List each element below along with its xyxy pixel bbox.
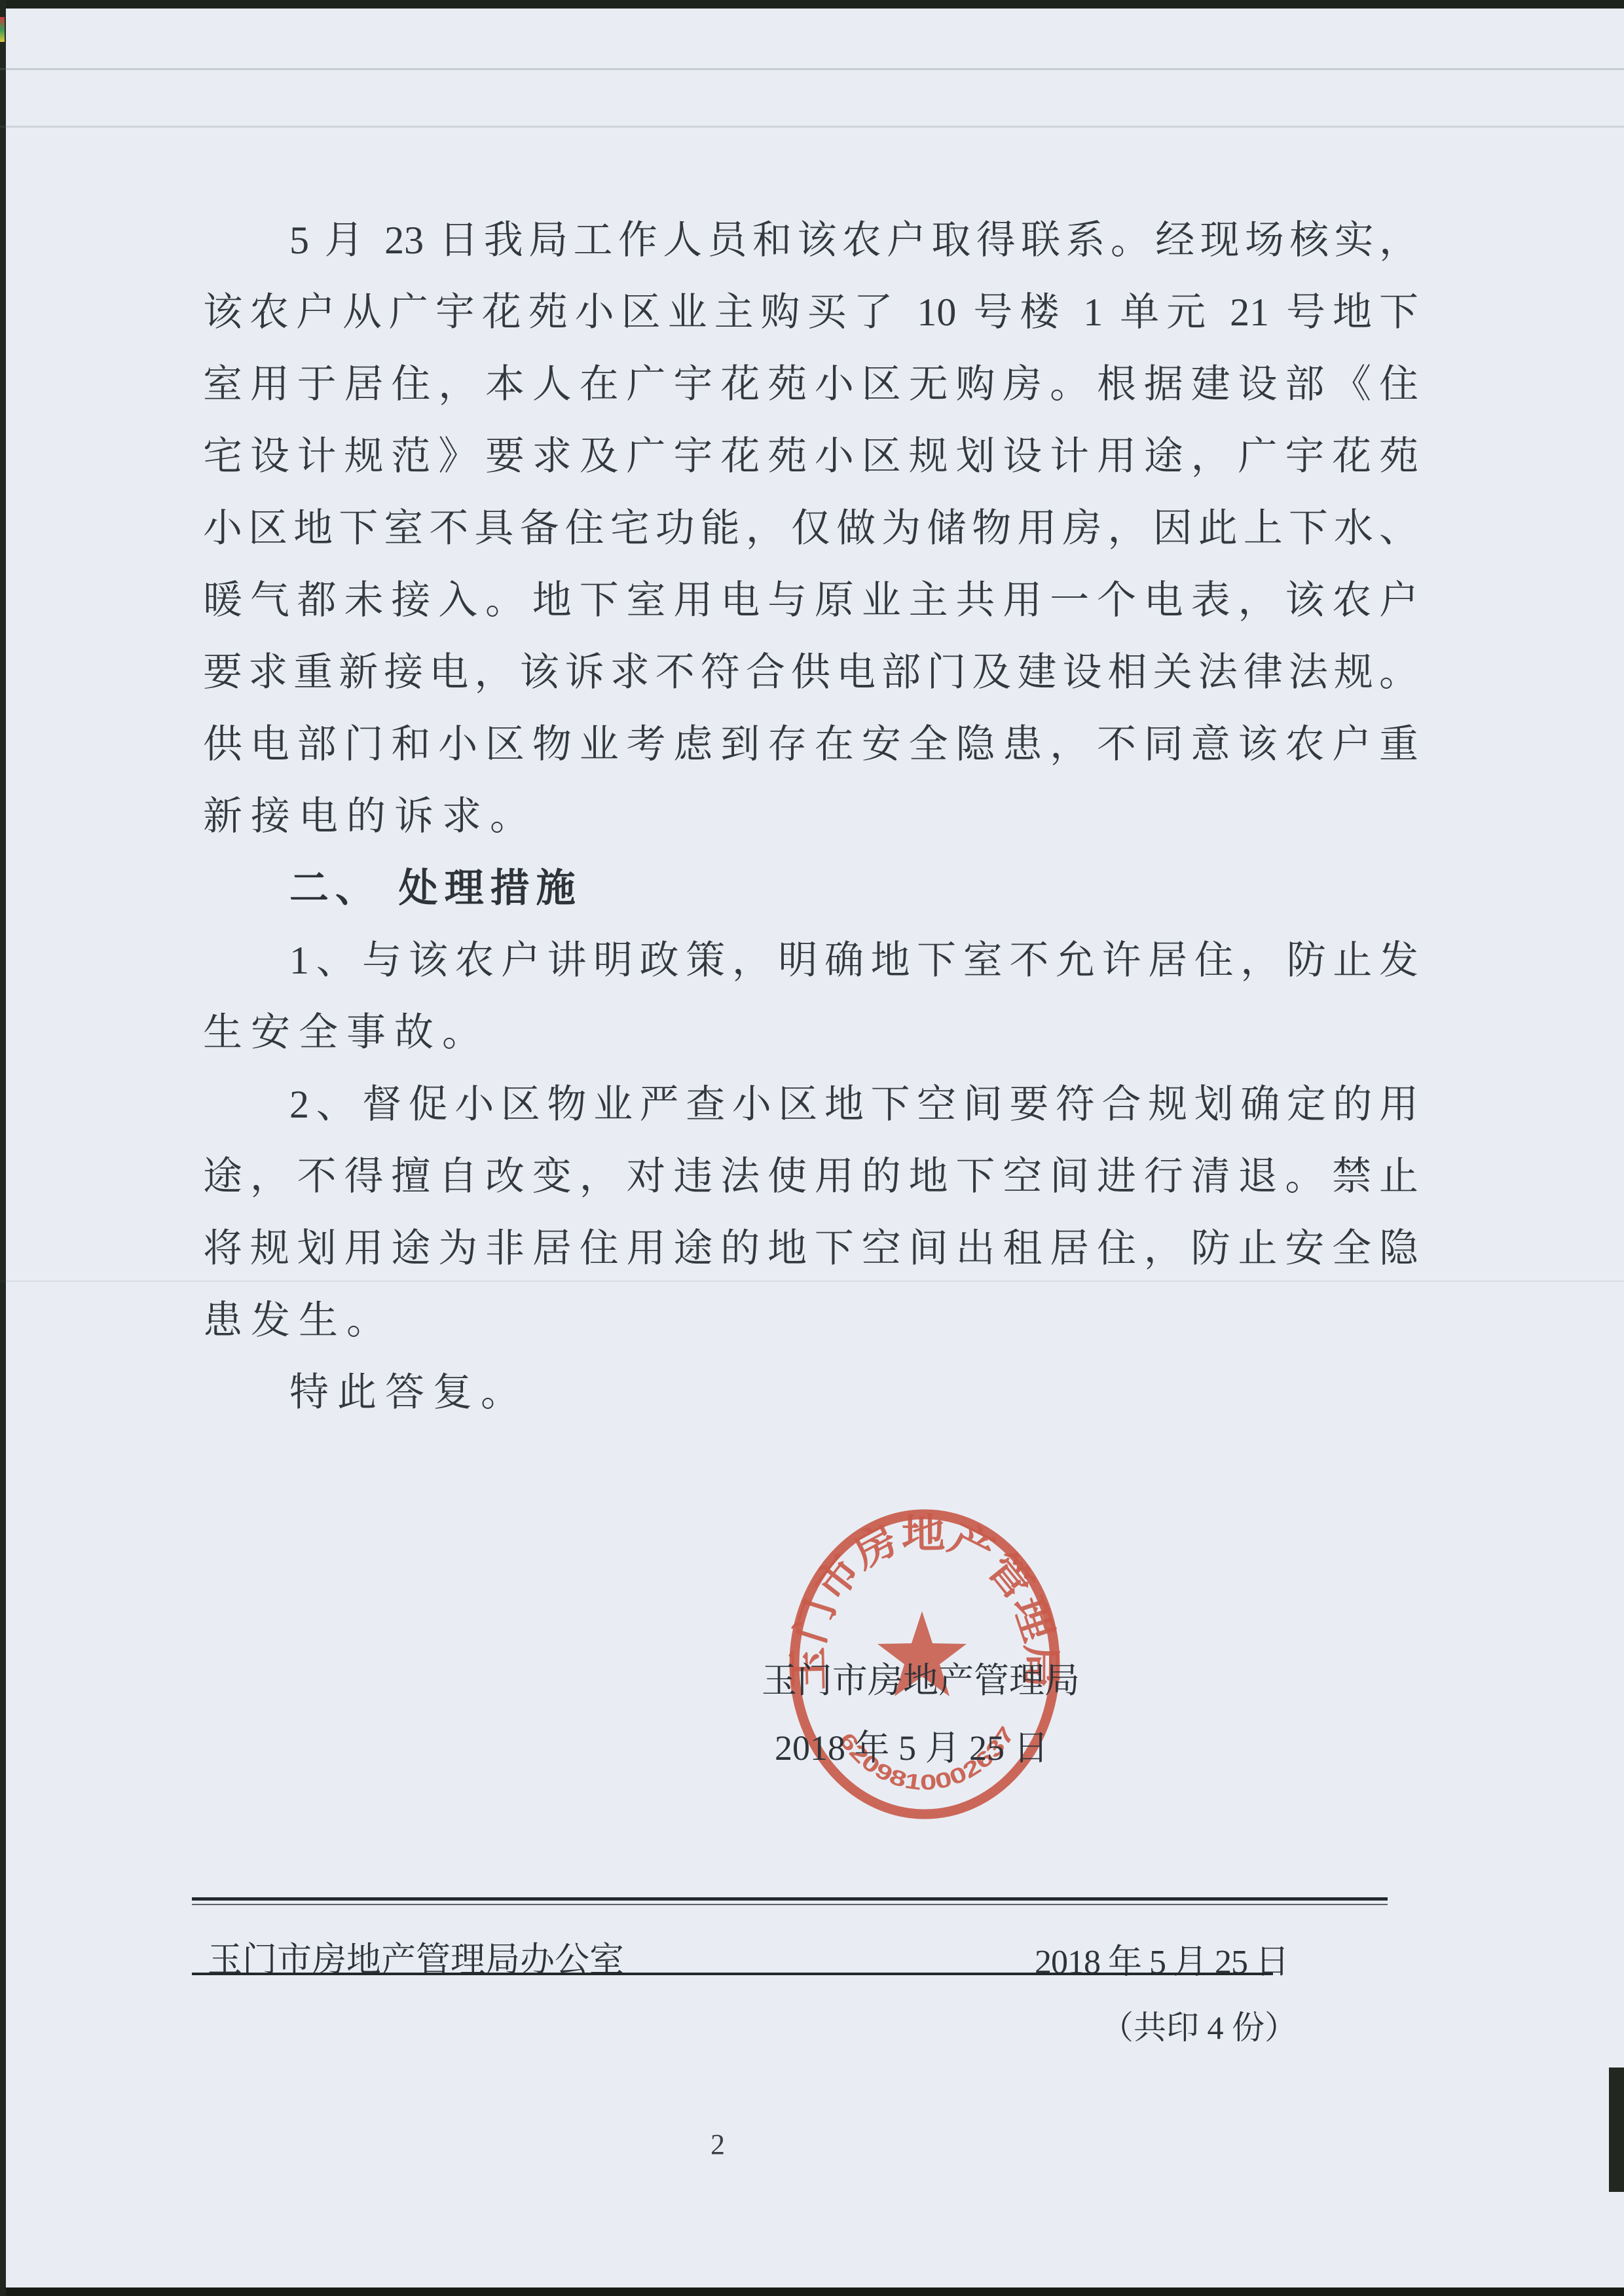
body-line: 2、督促小区物业严查小区地下空间要符合规划确定的用 (203, 1068, 1418, 1140)
footer-date: 2018 年 5 月 25 日 (1035, 1934, 1289, 1983)
body-line: 要求重新接电，该诉求不符合供电部门及建设相关法律法规。 (203, 636, 1418, 708)
body-line: 途，不得擅自改变，对违法使用的地下空间进行清退。禁止 (203, 1140, 1418, 1212)
body-line: 5 月 23 日我局工作人员和该农户取得联系。经现场核实， (203, 204, 1418, 276)
scan-color-artifact (0, 17, 5, 42)
body-line: 1、与该农户讲明政策，明确地下室不允许居住，防止发 (203, 924, 1418, 996)
signature-date: 2018 年 5 月 25 日 (775, 1720, 1049, 1770)
body-line: 新接电的诉求。 (203, 780, 1418, 852)
scan-streak (0, 68, 1624, 70)
scanned-page: 5 月 23 日我局工作人员和该农户取得联系。经现场核实，该农户从广宇花苑小区业… (0, 0, 1624, 2296)
body-line: 供电部门和小区物业考虑到存在安全隐患，不同意该农户重 (203, 708, 1418, 780)
scan-edge-top (0, 0, 1624, 9)
footer-separator-line (192, 1897, 1388, 1901)
body-line: 特此答复。 (203, 1357, 1418, 1429)
scan-edge-right (1609, 2068, 1624, 2192)
document-body-text: 5 月 23 日我局工作人员和该农户取得联系。经现场核实，该农户从广宇花苑小区业… (203, 204, 1418, 1429)
body-line: 暖气都未接入。地下室用电与原业主共用一个电表，该农户 (203, 564, 1418, 636)
body-line: 生安全事故。 (203, 996, 1418, 1068)
body-line: 室用于居住，本人在广宇花苑小区无购房。根据建设部《住 (203, 348, 1418, 420)
scan-edge-bottom (0, 2287, 1624, 2296)
signature-org: 玉门市房地产管理局 (762, 1652, 1080, 1703)
scan-streak (0, 126, 1624, 128)
body-line: 小区地下室不具备住宅功能，仅做为储物用房，因此上下水、 (203, 492, 1418, 564)
body-line: 二、 处理措施 (203, 852, 1418, 924)
body-line: 将规划用途为非居住用途的地下空间出租居住，防止安全隐 (203, 1212, 1418, 1285)
body-line: 该农户从广宇花苑小区业主购买了 10 号楼 1 单元 21 号地下 (203, 276, 1418, 348)
page-number: 2 (710, 2128, 725, 2161)
footer-separator-line-thin (192, 1904, 1388, 1905)
body-line: 患发生。 (203, 1285, 1418, 1357)
footer-bottom-line (192, 1973, 1273, 1975)
footer-copies: （共印 4 份） (1101, 2001, 1297, 2049)
scan-edge-left (0, 0, 6, 2296)
body-line: 宅设计规范》要求及广宇花苑小区规划设计用途，广宇花苑 (203, 420, 1418, 492)
